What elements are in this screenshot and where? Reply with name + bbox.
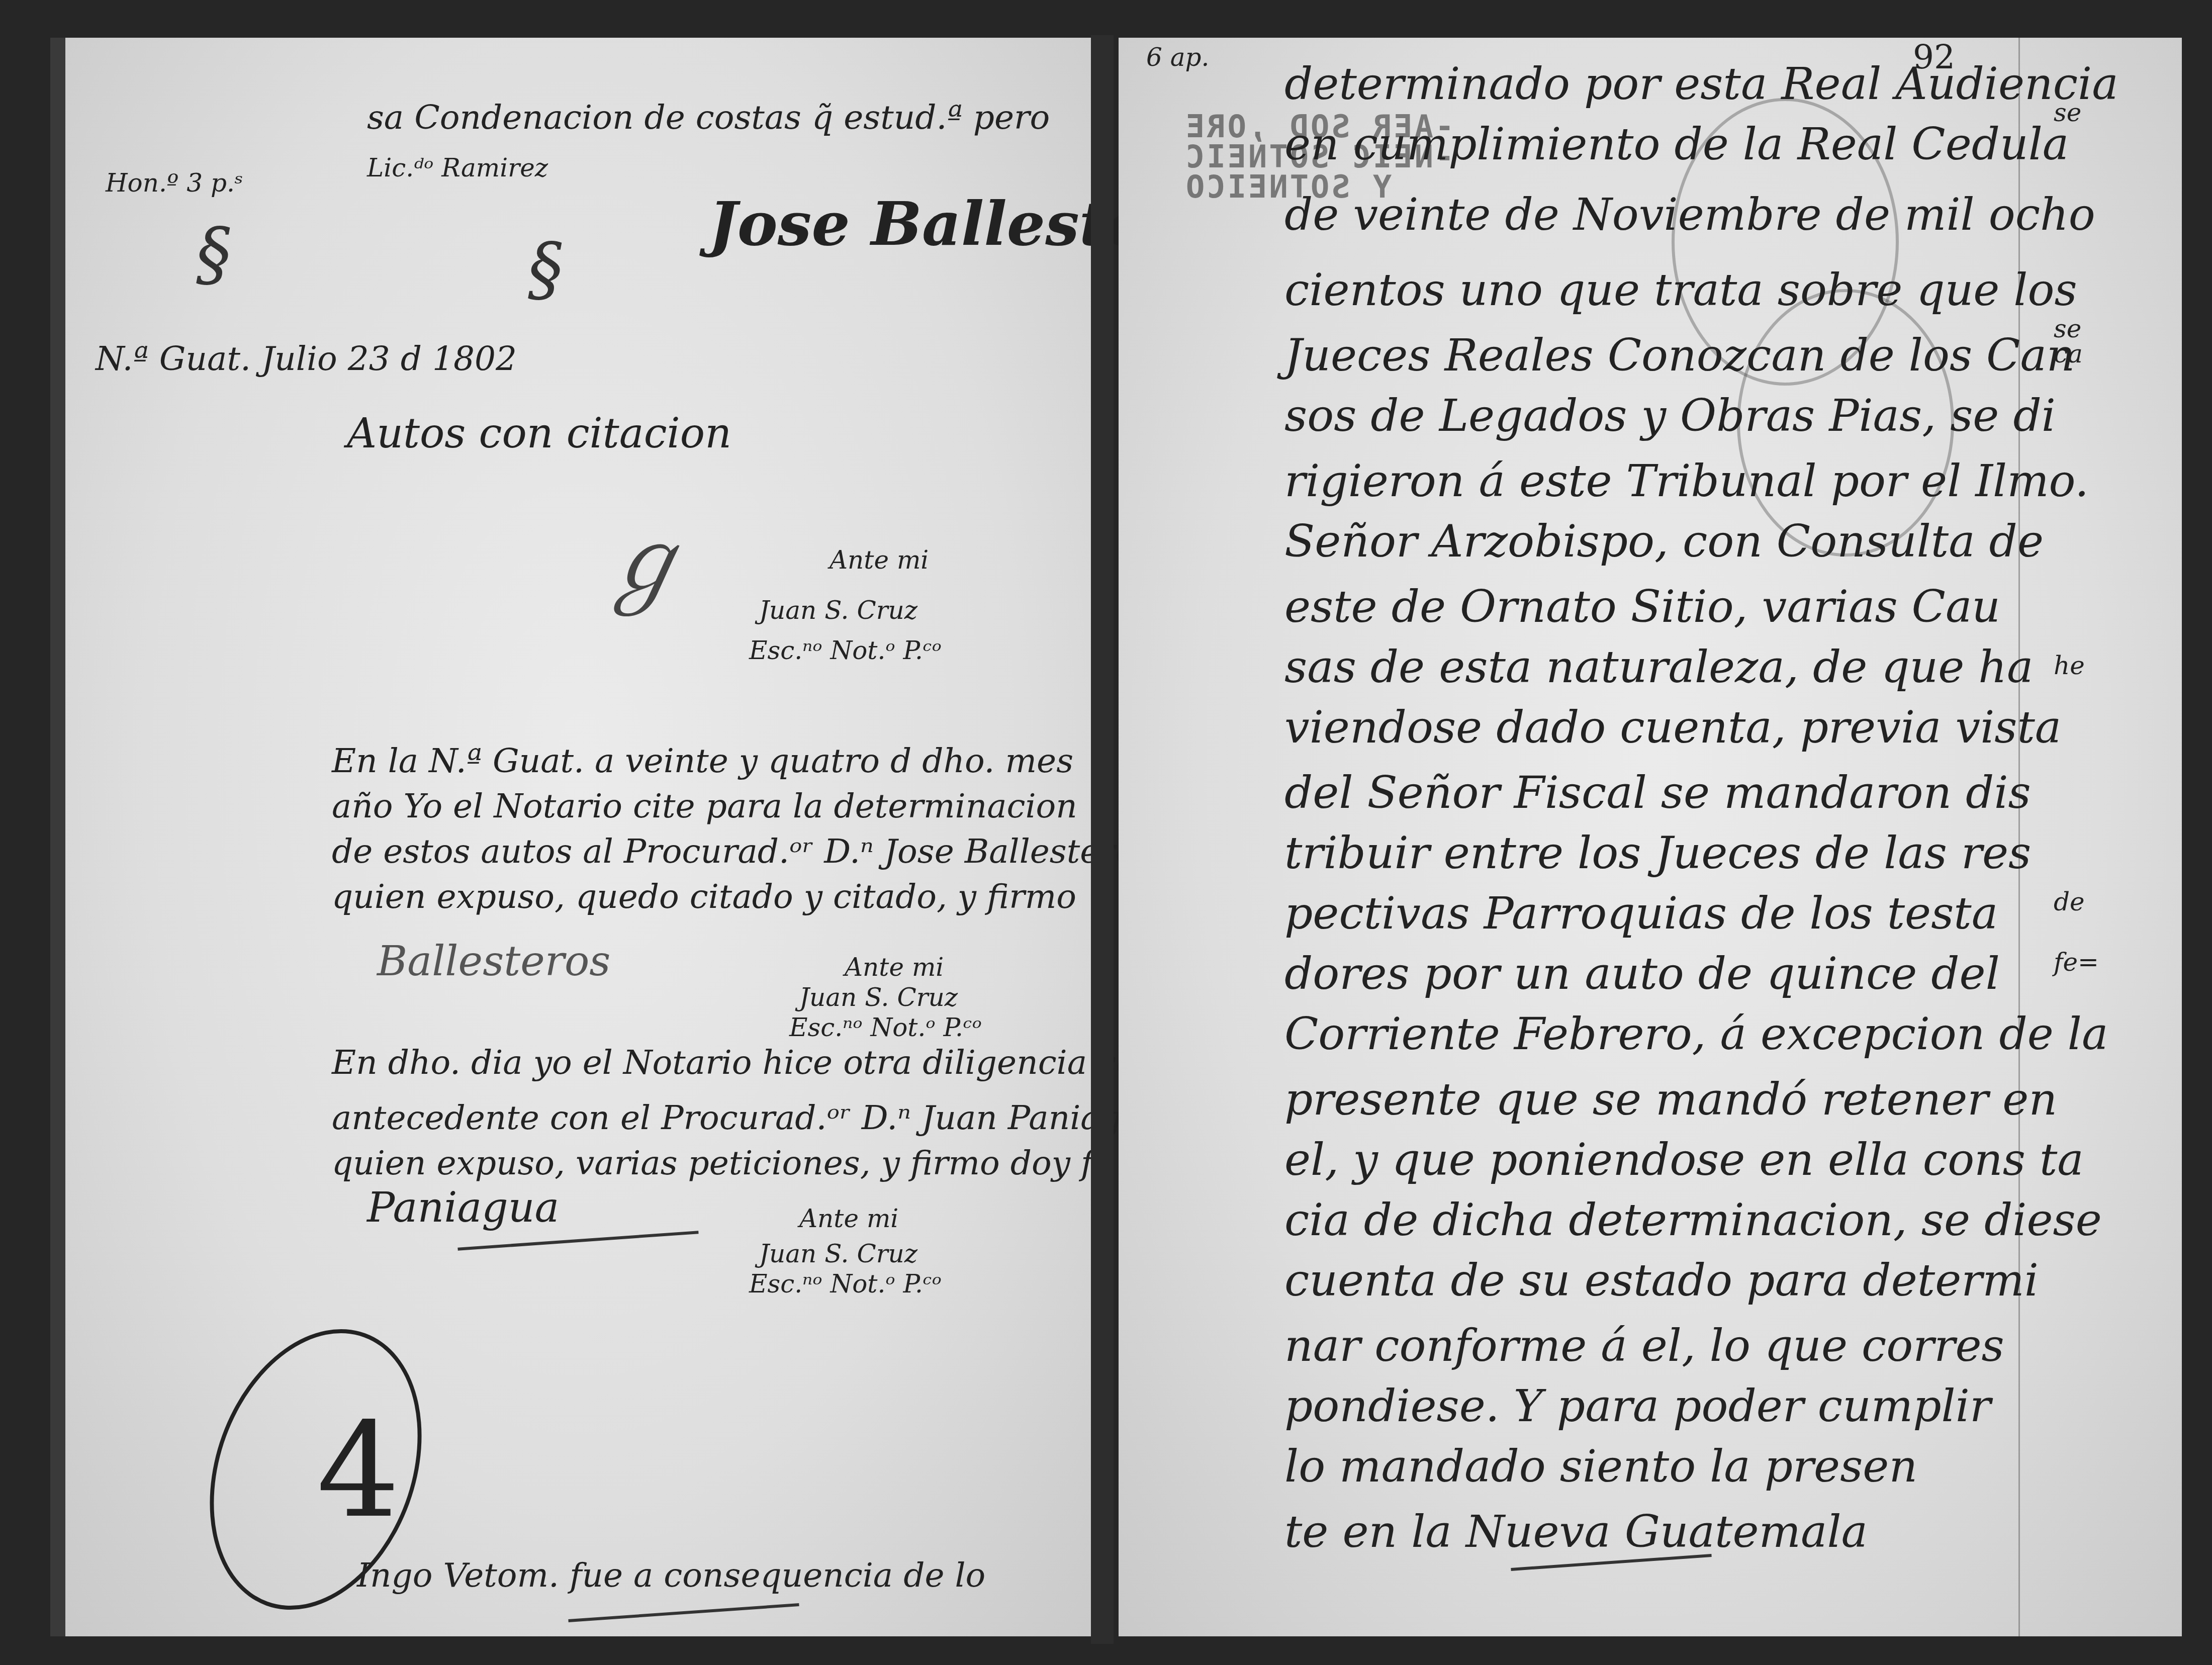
signature-ballesteros-2: Ballesteros	[377, 938, 610, 985]
notary-title: Esc.ⁿᵒ Not.ᵒ P.ᶜᵒ	[789, 1013, 982, 1042]
date-line: N.ª Guat. Julio 23 d 1802	[96, 339, 517, 378]
margin-note: Hon.º 3 p.ˢ	[106, 168, 243, 198]
notary-name: Juan S. Cruz	[759, 596, 917, 625]
margin-note: fe=	[2054, 948, 2099, 977]
text-line: rigieron á este Tribunal por el Ilmo.	[1284, 455, 2089, 507]
text-line: viendose dado cuenta, previa vista	[1284, 701, 2061, 753]
notary-line: Ante mi	[845, 953, 944, 982]
circled-number: 4	[317, 1395, 400, 1547]
rubric-flourish-2-icon: §	[528, 229, 563, 311]
text-line: cuenta de su estado para determi	[1284, 1254, 2039, 1306]
margin-note: ca	[2054, 339, 2083, 368]
text-line: Señor Arzobispo, con Consulta de	[1284, 515, 2044, 567]
licenciado-name: Lic.ᵈᵒ Ramirez	[367, 153, 548, 182]
paragraph-1-line: En la N.ª Guat. a veinte y quatro d dho.…	[332, 742, 1073, 780]
rubric-flourish-1-icon: §	[196, 214, 231, 296]
left-page: sa Condenacion de costas q̃ estud.ª pero…	[50, 38, 1101, 1636]
text-line: Corriente Febrero, á excepcion de la	[1284, 1008, 2108, 1060]
right-page: 6 ap. 92 -AER SOD ,ORE -NEIC SOTNEIC Y S…	[1119, 38, 2182, 1636]
footer-line: Ingo Vetom. fue a consequencia de lo	[357, 1556, 985, 1595]
text-line: nar conforme á el, lo que corres	[1284, 1320, 2004, 1371]
notary-line: Ante mi	[829, 545, 929, 575]
notary-name: Juan S. Cruz	[799, 983, 958, 1012]
text-line: pondiese. Y para poder cumplir	[1284, 1380, 1991, 1432]
paniagua-rubric-icon	[457, 1231, 698, 1250]
paragraph-1-line: de estos autos al Procurad.ᵒʳ D.ⁿ Jose B…	[332, 832, 1152, 871]
text-line: presente que se mandó retener en	[1284, 1073, 2057, 1125]
text-line: lo mandado siento la presen	[1284, 1440, 1917, 1492]
notary-name: Juan S. Cruz	[759, 1239, 917, 1268]
text-line: sos de Legados y Obras Pias, se di	[1284, 390, 2056, 441]
text-line: dores por un auto de quince del	[1284, 948, 2000, 999]
text-line: tribuir entre los Jueces de las res	[1284, 827, 2031, 879]
text-line: de veinte de Noviembre de mil ocho	[1284, 189, 2095, 240]
paragraph-1-line: año Yo el Notario cite para la determina…	[332, 787, 1077, 825]
order-autos-con-citacion: Autos con citacion	[347, 410, 731, 457]
text-line: te en la Nueva Guatemala	[1284, 1506, 1868, 1557]
header-line: sa Condenacion de costas q̃ estud.ª pero	[367, 98, 1050, 137]
text-line: cia de dicha determinacion, se diese	[1284, 1194, 2102, 1246]
text-line: cientos uno que trata sobre que los	[1284, 264, 2077, 316]
text-line: Jueces Reales Conozcan de los Can	[1284, 329, 2075, 381]
margin-note: he	[2054, 651, 2085, 680]
text-line: el, y que poniendose en ella cons ta	[1284, 1134, 2084, 1185]
text-line: del Señor Fiscal se mandaron dis	[1284, 767, 2031, 818]
paragraph-2-line: antecedente con el Procurad.ᵒʳ D.ⁿ Juan …	[332, 1098, 1163, 1137]
footer-rubric-icon	[568, 1603, 799, 1622]
text-line: este de Ornato Sitio, varias Cau	[1284, 581, 2000, 632]
margin-note: de	[2054, 887, 2085, 916]
notary-title: Esc.ⁿᵒ Not.ᵒ P.ᶜᵒ	[749, 636, 942, 665]
notary-title: Esc.ⁿᵒ Not.ᵒ P.ᶜᵒ	[749, 1269, 942, 1299]
paragraph-1-line: quien expuso, quedo citado y citado, y f…	[332, 877, 1076, 916]
book-spine	[1091, 35, 1114, 1644]
paragraph-2-line: quien expuso, varias peticiones, y firmo…	[332, 1144, 1113, 1182]
notary-line: Ante mi	[799, 1204, 898, 1233]
text-line: pectivas Parroquias de los testa	[1284, 887, 1998, 939]
margin-note: se	[2054, 98, 2081, 127]
signature-paniagua: Paniagua	[367, 1184, 560, 1232]
text-line: determinado por esta Real Audiencia	[1284, 58, 2118, 110]
text-line: en cumplimiento de la Real Cedula	[1284, 118, 2069, 170]
text-line: sas de esta naturaleza, de que ha	[1284, 641, 2033, 693]
flourish-signature-icon: ℊ	[598, 490, 689, 620]
corner-note: 6 ap.	[1146, 43, 1209, 72]
